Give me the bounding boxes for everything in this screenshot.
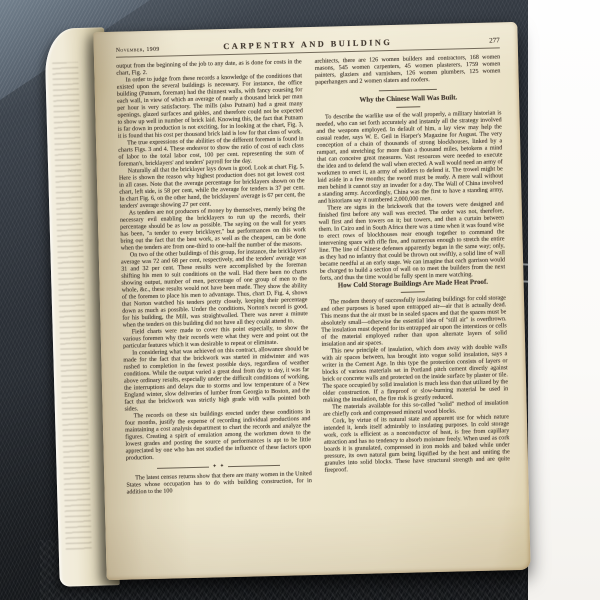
page-content: November, 1909 CARPENTRY AND BUILDING 27… <box>116 35 513 565</box>
photo-of-open-magazine: November, 1909 CARPENTRY AND BUILDING 27… <box>0 0 600 600</box>
header-date: November, 1909 <box>116 46 194 54</box>
illegible-text-lines <box>52 62 92 551</box>
body-paragraph: This new principle of insulation, which … <box>322 344 509 405</box>
section-divider-ornament: ✦ ✦ <box>140 462 298 472</box>
body-paragraph: The true expressions of the abilities of… <box>118 136 304 169</box>
section-heading: Why the Chinese Wall Was Built. <box>316 93 502 106</box>
body-paragraph: On two of the other buildings of this gr… <box>121 248 308 330</box>
body-paragraph: There are signs in the brickwork that th… <box>318 201 505 283</box>
left-column: output from the beginning of the job to … <box>116 59 312 496</box>
divider-line <box>157 467 209 469</box>
body-paragraph: The modern theory of successfully insula… <box>320 295 507 349</box>
body-paragraph: To describe the warlike use of the wall … <box>316 110 504 206</box>
body-paragraph: Naturally all that the bricklayer lays d… <box>119 164 305 211</box>
heading-rule <box>397 106 421 108</box>
column-rule <box>379 89 437 91</box>
divider-glyph: ✦ ✦ <box>209 464 228 470</box>
body-paragraph: In order to judge from these records a k… <box>116 73 303 141</box>
two-column-body: output from the beginning of the job to … <box>116 54 510 496</box>
body-paragraph: As tenders are not producers of money by… <box>120 206 306 253</box>
page-header: November, 1909 CARPENTRY AND BUILDING 27… <box>116 35 500 53</box>
body-paragraph: The latest census returns show that ther… <box>126 471 312 497</box>
magazine-page: November, 1909 CARPENTRY AND BUILDING 27… <box>93 22 530 580</box>
heading-rule <box>401 291 425 293</box>
right-column: architects, there are 126 women builders… <box>315 54 511 491</box>
body-paragraph: The records on these six buildings erect… <box>125 409 312 463</box>
white-surface-strip <box>528 0 600 600</box>
body-paragraph: In considering what was achieved on this… <box>123 346 310 414</box>
header-page-number: 277 <box>422 36 500 46</box>
divider-line <box>228 465 280 467</box>
body-paragraph: Cork, by virtue of its natural state and… <box>323 414 510 475</box>
body-paragraph: architects, there are 126 women builders… <box>315 54 501 87</box>
